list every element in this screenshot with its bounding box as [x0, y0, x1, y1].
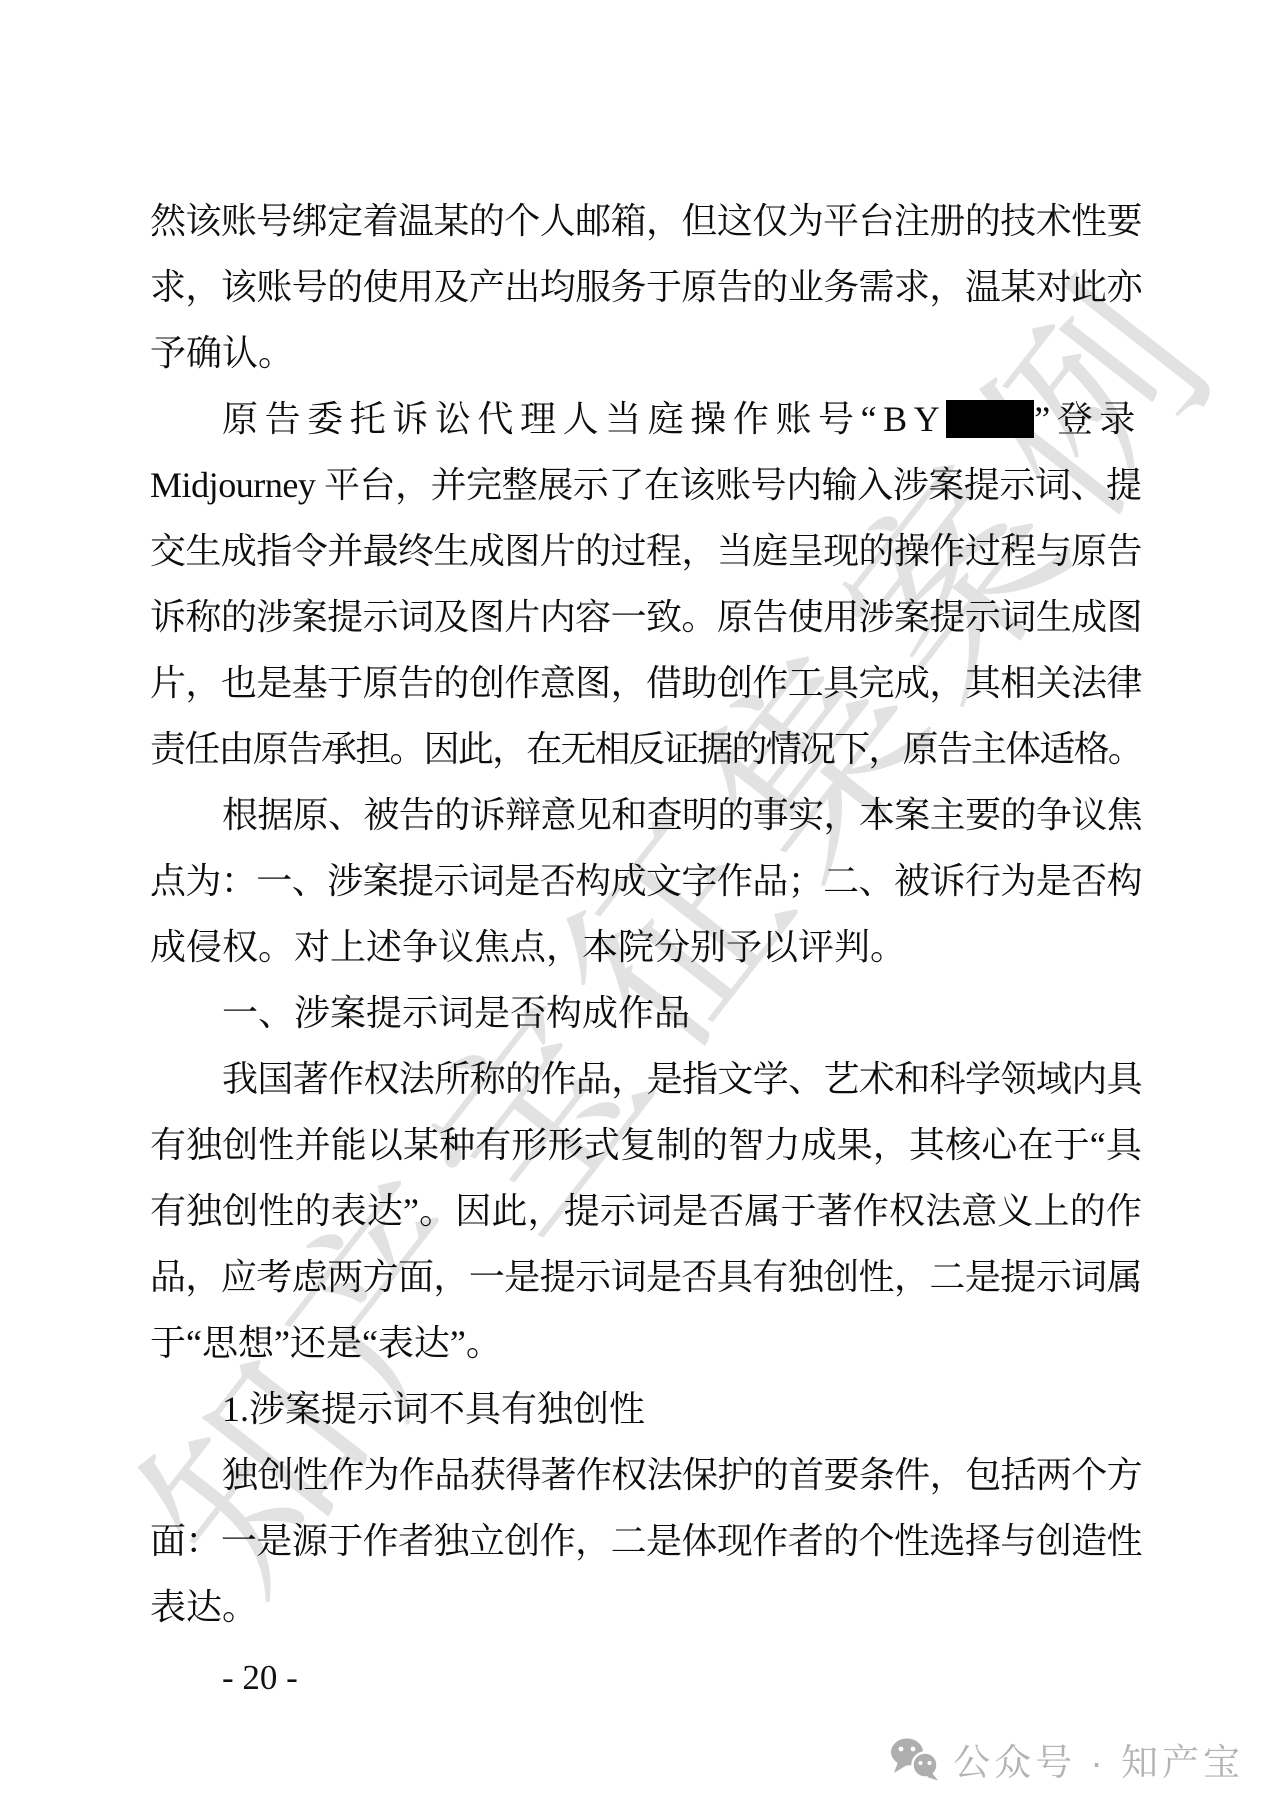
document-line: 面：一是源于作者独立创作，二是体现作者的个性选择与创造性: [150, 1508, 1142, 1574]
footer-wechat-label: 公众号 · 知产宝: [953, 1732, 1244, 1786]
document-line: 我国著作权法所称的作品，是指文学、艺术和科学领域内具: [150, 1046, 1142, 1112]
document-line: 片，也是基于原告的创作意图，借助创作工具完成，其相关法律: [150, 650, 1142, 716]
document-line: 一、涉案提示词是否构成作品: [150, 980, 1142, 1046]
document-line: 成侵权。对上述争议焦点，本院分别予以评判。: [150, 914, 1142, 980]
page-number: - 20 -: [222, 1658, 298, 1698]
document-line: 点为：一、涉案提示词是否构成文字作品；二、被诉行为是否构: [150, 848, 1142, 914]
document-line: 交生成指令并最终生成图片的过程，当庭呈现的操作过程与原告: [150, 518, 1142, 584]
document-page: 知产宝征集案例 然该账号绑定着温某的个人邮箱，但这仅为平台注册的技术性要求，该账…: [0, 0, 1280, 1810]
footer-badge: 公众号 · 知产宝: [889, 1732, 1244, 1786]
document-line: Midjourney 平台，并完整展示了在该账号内输入涉案提示词、提: [150, 452, 1142, 518]
document-line: 诉称的涉案提示词及图片内容一致。原告使用涉案提示词生成图: [150, 584, 1142, 650]
document-line: 根据原、被告的诉辩意见和查明的事实，本案主要的争议焦: [150, 782, 1142, 848]
wechat-icon: [889, 1737, 941, 1781]
document-line: 原告委托诉讼代理人当庭操作账号“BY”登录: [150, 386, 1142, 452]
document-line: 独创性作为作品获得著作权法保护的首要条件，包括两个方: [150, 1442, 1142, 1508]
redaction-box: [946, 400, 1034, 438]
document-line: 求，该账号的使用及产出均服务于原告的业务需求，温某对此亦: [150, 254, 1142, 320]
document-line: 于“思想”还是“表达”。: [150, 1310, 1142, 1376]
document-body: 然该账号绑定着温某的个人邮箱，但这仅为平台注册的技术性要求，该账号的使用及产出均…: [150, 188, 1142, 1640]
document-line: 表达。: [150, 1574, 1142, 1640]
document-line: 然该账号绑定着温某的个人邮箱，但这仅为平台注册的技术性要: [150, 188, 1142, 254]
document-line: 予确认。: [150, 320, 1142, 386]
document-line: 品，应考虑两方面，一是提示词是否具有独创性，二是提示词属: [150, 1244, 1142, 1310]
document-line: 1.涉案提示词不具有独创性: [150, 1376, 1142, 1442]
document-line: 有独创性并能以某种有形形式复制的智力成果，其核心在于“具: [150, 1112, 1142, 1178]
document-line: 责任由原告承担。因此，在无相反证据的情况下，原告主体适格。: [150, 716, 1142, 782]
document-line: 有独创性的表达”。因此，提示词是否属于著作权法意义上的作: [150, 1178, 1142, 1244]
